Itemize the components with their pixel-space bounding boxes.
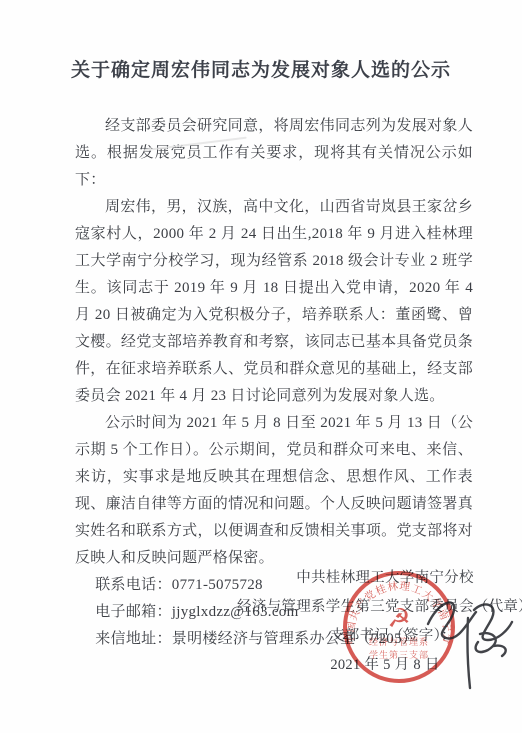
paragraph-intro: 经支部委员会研究同意，将周宏伟同志列为发展对象人选。根据发展党员工作有关要求，现… xyxy=(75,113,473,194)
signature-org-line2: 经济与管理系学生第三党支部委员会（代章） xyxy=(235,593,522,622)
page-title: 关于确定周宏伟同志为发展对象人选的公示 xyxy=(0,0,522,85)
contact-phone-label: 联系电话： xyxy=(95,577,172,593)
contact-address-label: 来信地址： xyxy=(95,631,172,647)
paragraph-candidate-info: 周宏伟，男，汉族，高中文化，山西省岢岚县王家岔乡寇家村人，2000 年 2 月 … xyxy=(75,194,473,410)
signature-signer-label: 支部书记（签字）： xyxy=(235,622,522,651)
signature-block: 中共桂林理工大学南宁分校 经济与管理系学生第三党支部委员会（代章） 支部书记（签… xyxy=(235,564,522,680)
signature-org-line1: 中共桂林理工大学南宁分校 xyxy=(235,564,522,593)
document-page: 关于确定周宏伟同志为发展对象人选的公示 经支部委员会研究同意，将周宏伟同志列为发… xyxy=(0,0,522,733)
signature-date: 2021 年 5 月 8 日 xyxy=(235,651,522,680)
contact-email-label: 电子邮箱： xyxy=(95,604,172,620)
paragraph-publicity-period: 公示时间为 2021 年 5 月 8 日至 2021 年 5 月 13 日（公示… xyxy=(75,410,473,572)
